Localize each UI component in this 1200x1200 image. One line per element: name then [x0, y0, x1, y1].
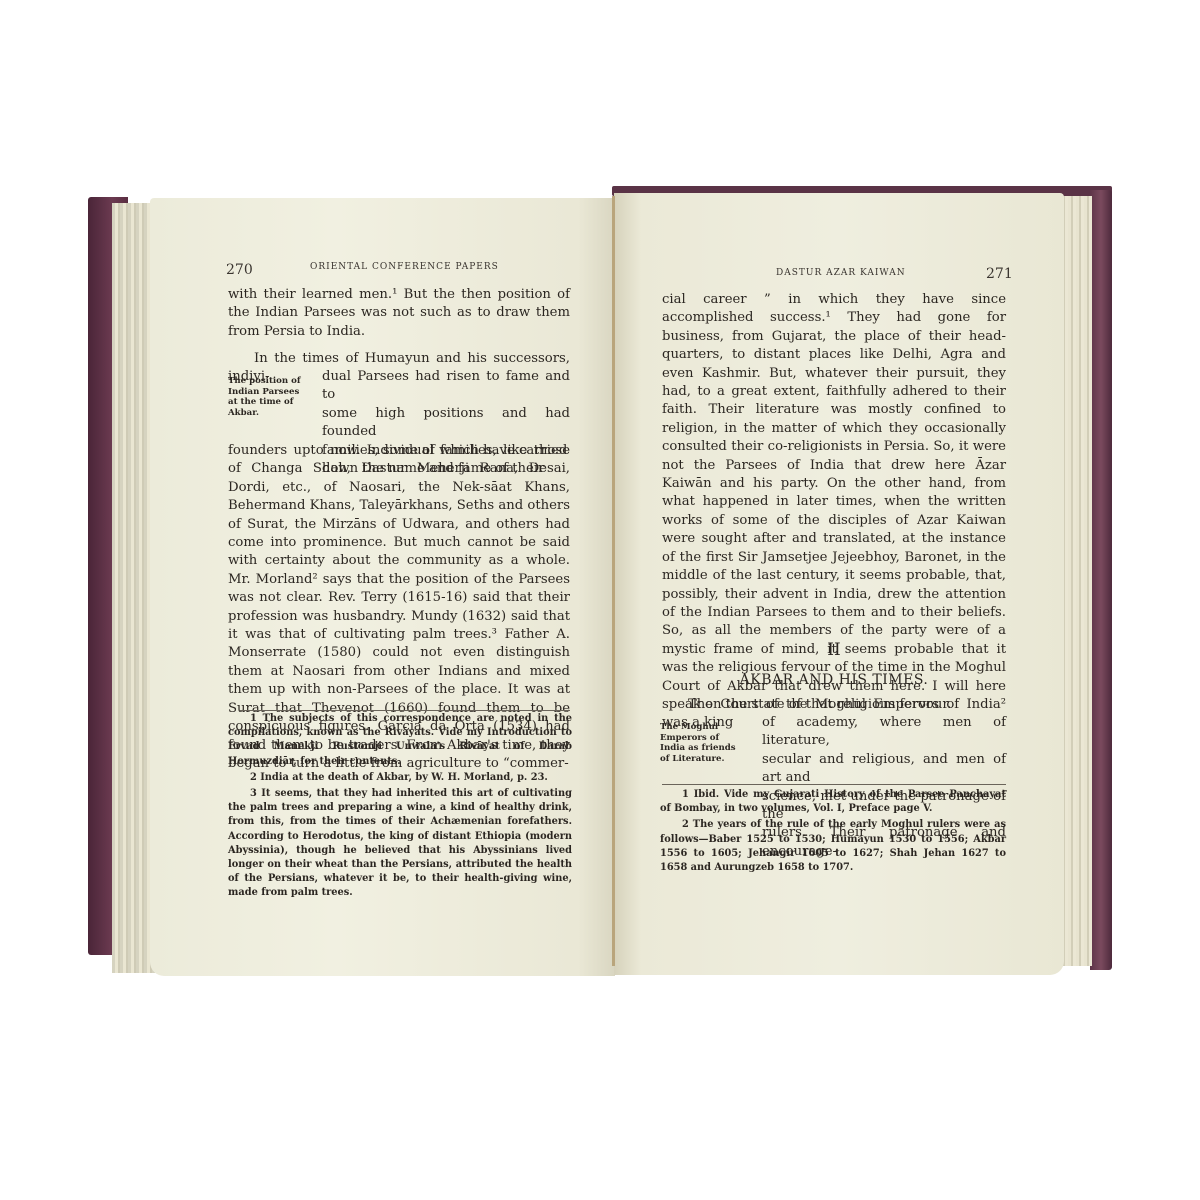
paragraph-text: with their learned men.¹ But the then po… — [228, 286, 570, 341]
footnote-rule-left — [240, 710, 570, 711]
section-number: II — [662, 640, 1006, 660]
footnote-2: 2 India at the death of Akbar, by W. H. … — [228, 771, 572, 785]
right-running-head: DASTUR AZAR KAIWAN — [776, 268, 906, 278]
footnote-3: 3 It seems, that they had inherited this… — [228, 787, 572, 901]
left-paragraph-1: with their learned men.¹ But the then po… — [228, 286, 570, 341]
book-gutter — [612, 196, 615, 966]
left-sidenote: The position of Indian Parsees at the ti… — [228, 376, 308, 418]
footnote-2: 2 The years of the rule of the early Mog… — [660, 818, 1006, 875]
wrapped-line: secular and religious, and men of art an… — [762, 751, 1006, 788]
section-title: AKBAR AND HIS TIMES. — [662, 672, 1006, 688]
left-page-number: 270 — [226, 262, 253, 278]
footnote-1: 1 Ibid. Vide my Gujarati History of the … — [660, 788, 1006, 816]
right-sidenote: The Moghul Emperors of India as friends … — [660, 722, 742, 764]
open-book: 270 ORIENTAL CONFERENCE PAPERS with thei… — [0, 0, 1200, 1200]
left-running-head: ORIENTAL CONFERENCE PAPERS — [310, 262, 499, 272]
footnote-rule-right — [662, 784, 1006, 785]
wrapped-line: dual Parsees had risen to fame and to — [322, 368, 570, 405]
wrapped-line: of academy, where men of literature, — [762, 714, 1006, 751]
page-stack-right — [1060, 196, 1092, 966]
left-footnotes: 1 The subjects of this correspondence ar… — [228, 712, 572, 901]
right-footnotes: 1 Ibid. Vide my Gujarati History of the … — [660, 788, 1006, 875]
book-cover-right — [1090, 190, 1112, 970]
footnote-1: 1 The subjects of this correspondence ar… — [228, 712, 572, 769]
wrapped-line: some high positions and had founded — [322, 405, 570, 442]
right-page-number: 271 — [986, 266, 1013, 282]
